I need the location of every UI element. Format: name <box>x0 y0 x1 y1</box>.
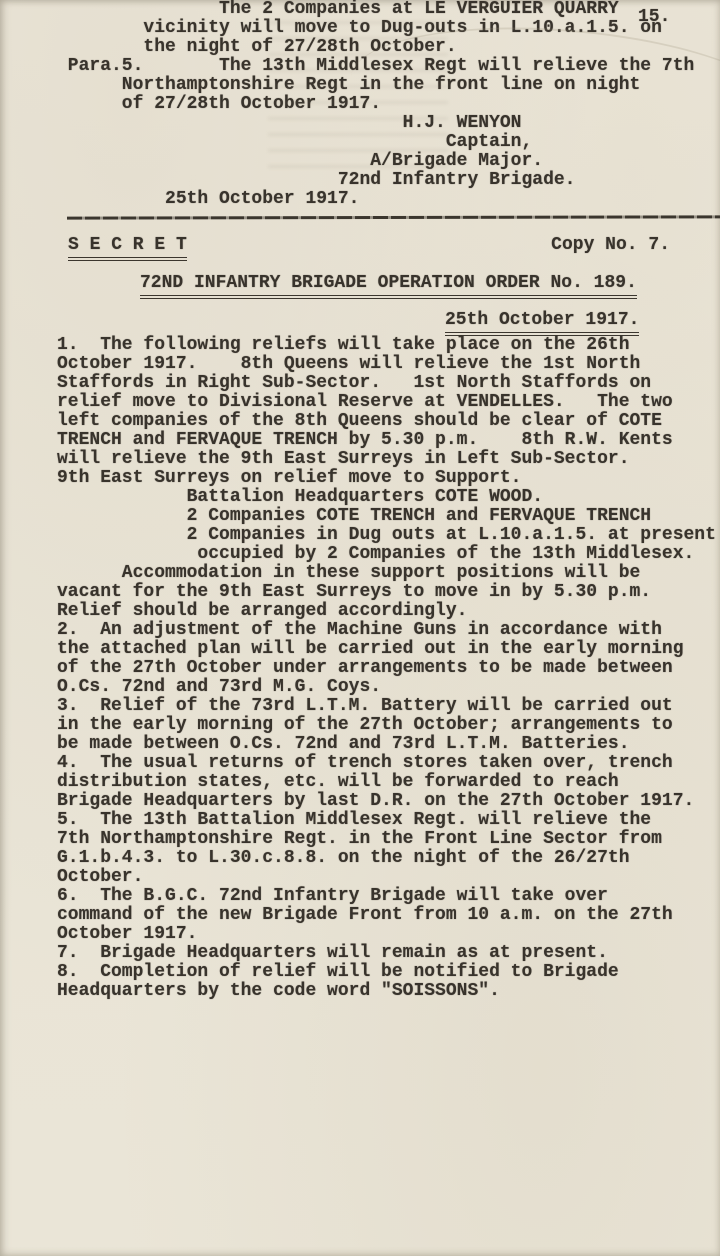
order-paragraph-7: 7. Brigade Headquarters will remain as a… <box>57 944 720 963</box>
secret-label: S E C R E T <box>68 236 187 261</box>
continuation-paragraph: The 2 Companies at LE VERGUIER QUARRY vi… <box>57 0 720 57</box>
order-paragraph-3: 3. Relief of the 73rd L.T.M. Battery wil… <box>57 697 720 754</box>
section-divider <box>67 215 720 219</box>
document-page: 15. The 2 Companies at LE VERGUIER QUARR… <box>0 0 720 1256</box>
order-paragraph-8: 8. Completion of relief will be notified… <box>57 963 720 1001</box>
order-paragraph-2: 2. An adjustment of the Machine Guns in … <box>57 621 720 697</box>
page-number: 15. <box>638 8 670 27</box>
order-title-row: 72ND INFANTRY BRIGADE OPERATION ORDER No… <box>57 274 720 299</box>
order-date-row: 25th October 1917. <box>57 311 720 336</box>
order-paragraph-1: 1. The following reliefs will take place… <box>57 336 720 621</box>
para-5-continuation: Para.5. The 13th Middlesex Regt will rel… <box>57 57 720 114</box>
order-date: 25th October 1917. <box>445 311 639 336</box>
order-paragraph-6: 6. The B.G.C. 72nd Infantry Brigade will… <box>57 887 720 944</box>
order-title: 72ND INFANTRY BRIGADE OPERATION ORDER No… <box>140 274 637 299</box>
classification-row: S E C R E T Copy No. 7. <box>57 236 720 261</box>
copy-number: Copy No. 7. <box>551 236 670 255</box>
order-paragraph-4: 4. The usual returns of trench stores ta… <box>57 754 720 811</box>
order-paragraph-5: 5. The 13th Battalion Middlesex Regt. wi… <box>57 811 720 887</box>
signature-block: H.J. WENYON Captain, A/Brigade Major. 72… <box>57 114 720 209</box>
